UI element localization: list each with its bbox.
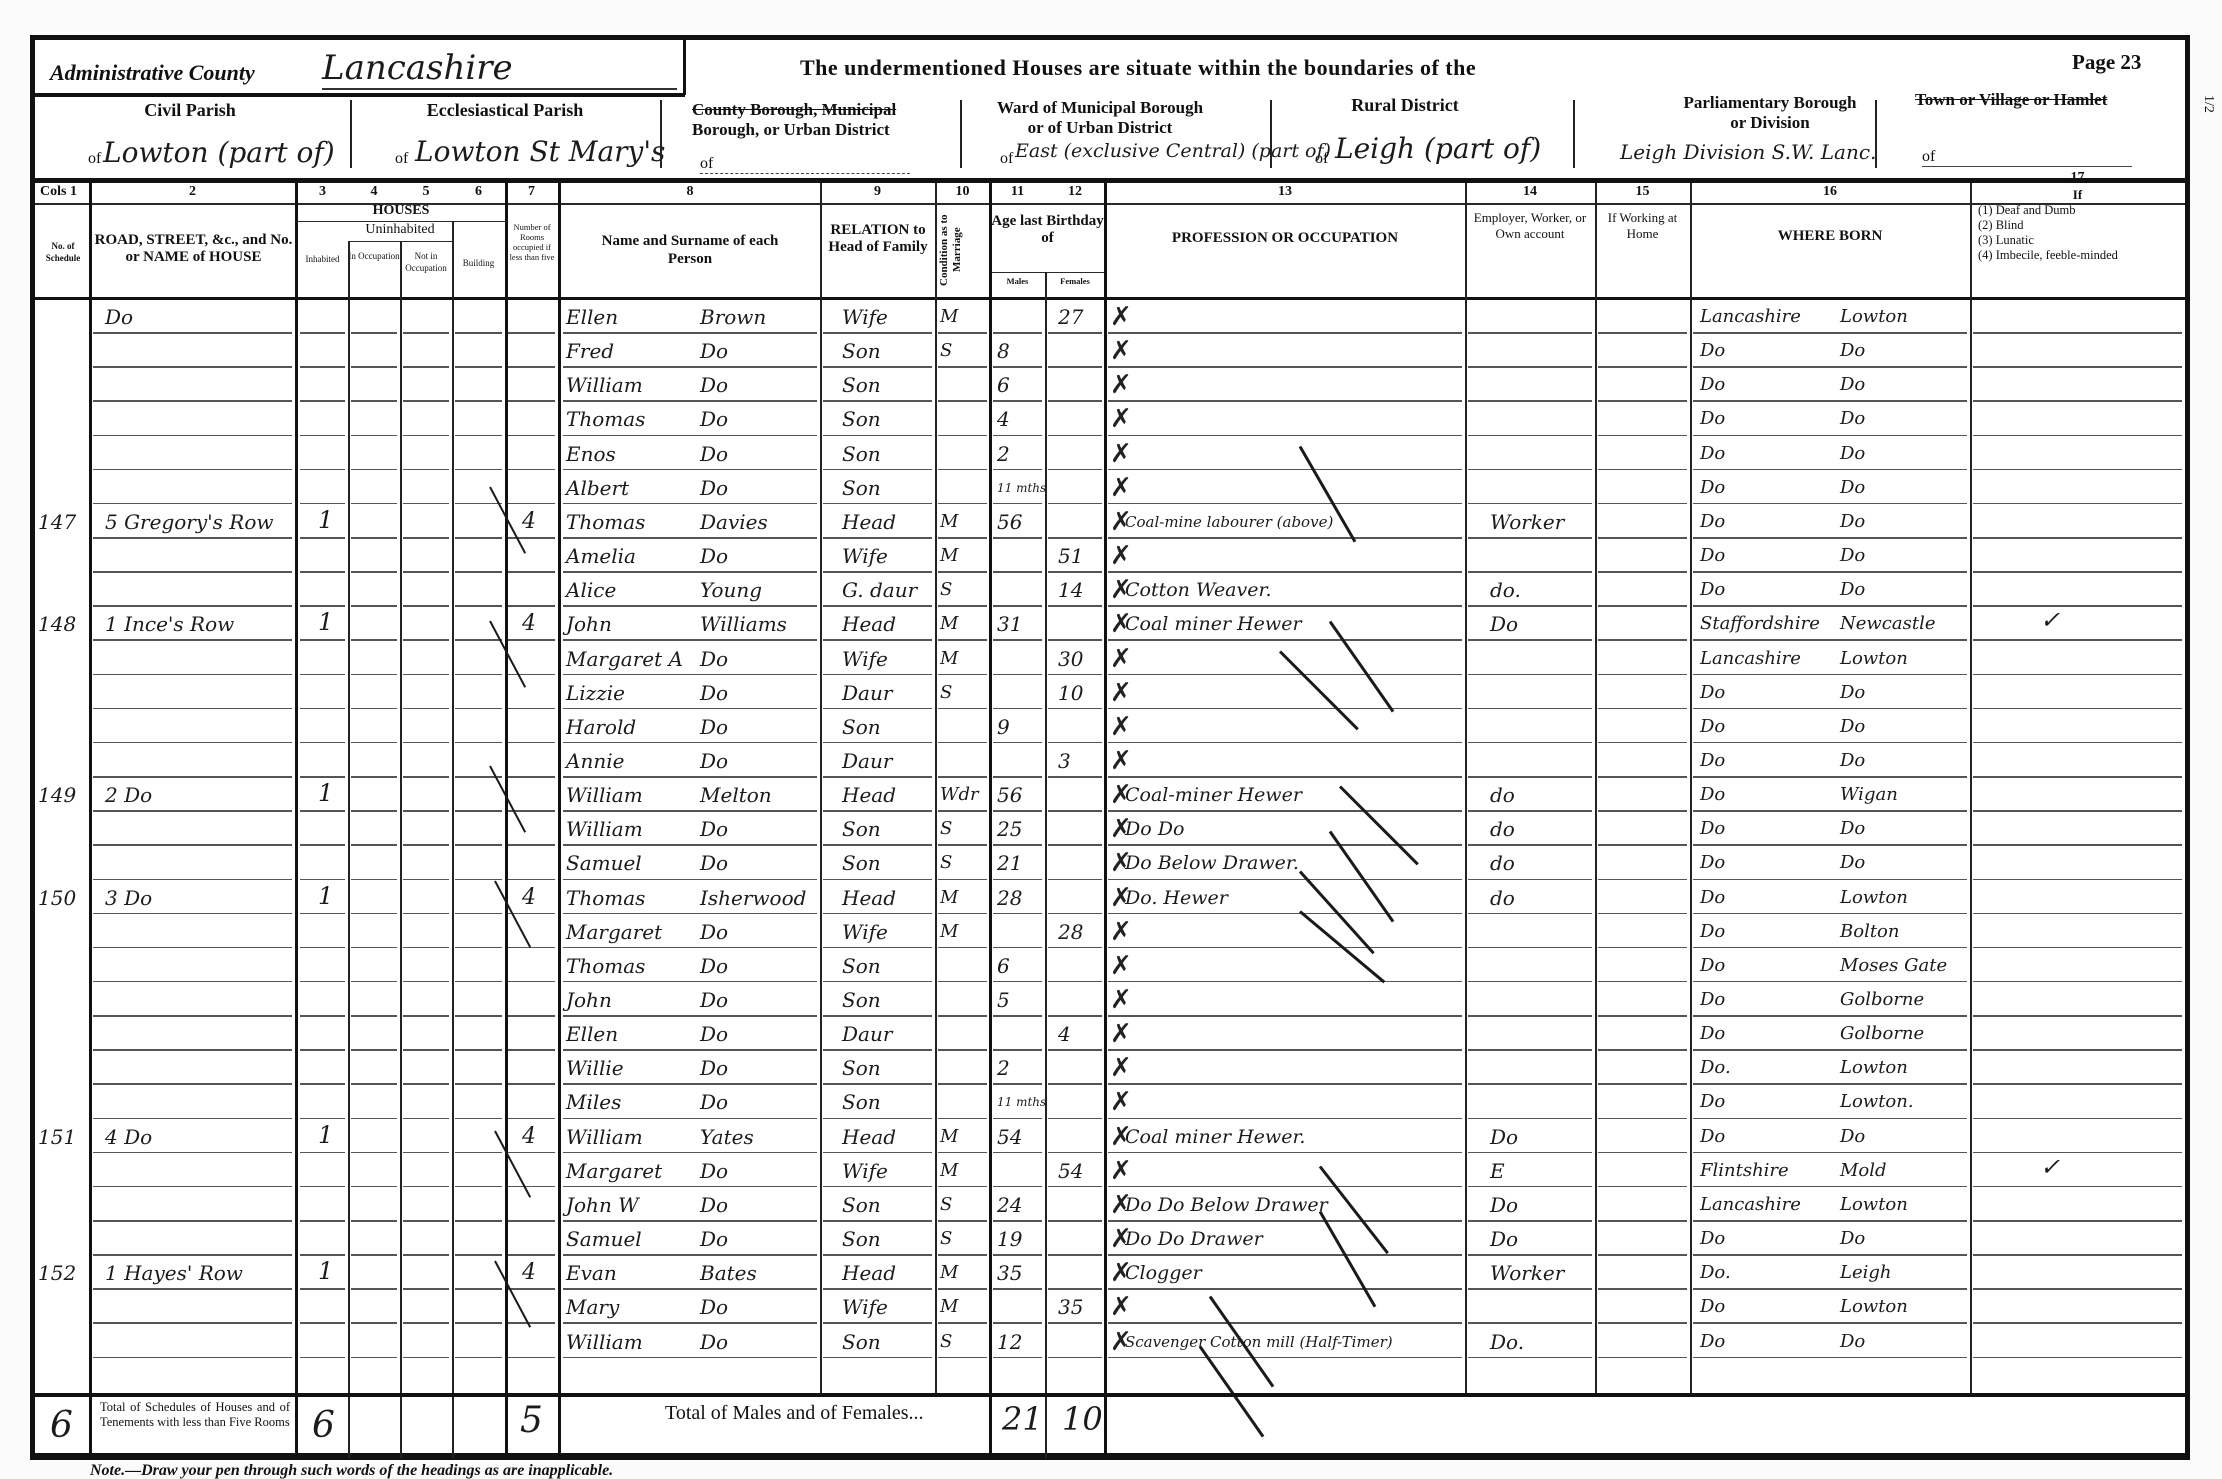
infirmity-option-1: (1) Deaf and Dumb [1978, 203, 2118, 218]
male-age: 54 [997, 1126, 1022, 1148]
birth-place: Lowton [1840, 1296, 1908, 1318]
first-name: Margaret A [566, 648, 683, 670]
female-age: 51 [1058, 545, 1083, 567]
col-number: 10 [935, 184, 990, 200]
male-age: 28 [997, 887, 1022, 909]
heading-working-home: If Working at Home [1600, 210, 1685, 242]
enumerator-cross-mark: ✗ [1110, 885, 1132, 911]
female-age: 35 [1058, 1296, 1083, 1318]
relation: Son [842, 955, 881, 977]
rooms-count: 4 [522, 887, 536, 909]
enumerator-cross-mark: ✗ [1110, 441, 1132, 467]
surname: Brown [700, 306, 766, 328]
of-prefix: of [1000, 150, 1013, 168]
birth-county: Flintshire [1700, 1160, 1789, 1182]
col-number: 11 [990, 184, 1045, 200]
surname: Yates [700, 1126, 754, 1148]
male-age: 56 [997, 784, 1022, 806]
footnote: Note.—Draw your pen through such words o… [90, 1462, 613, 1479]
birth-county: Do [1700, 545, 1725, 567]
birth-place: Do [1840, 716, 1865, 738]
ward-label-line1: Ward of Municipal Borough [997, 98, 1203, 117]
rural-district-value: Leigh (part of) [1335, 132, 1541, 165]
occupation: Do Do Below Drawer [1125, 1194, 1328, 1216]
surname: Do [700, 852, 728, 874]
heading-houses: HOUSES [297, 203, 505, 219]
first-name: William [566, 374, 643, 396]
employer-status: E [1490, 1160, 1505, 1182]
of-prefix: of [395, 150, 408, 168]
first-name: Margaret [566, 921, 662, 943]
row-rule [1693, 1357, 1967, 1359]
schedule-number: 150 [38, 887, 76, 909]
relation: Son [842, 1228, 881, 1250]
surname: Do [700, 750, 728, 772]
heading-age: Age last Birthday of [990, 213, 1105, 247]
male-age: 5 [997, 989, 1010, 1011]
boundaries-text: The undermentioned Houses are situate wi… [800, 55, 1476, 81]
relation: Son [842, 989, 881, 1011]
table-row: DoEllenBrownWifeM27LancashireLowton✗ [0, 300, 2222, 334]
of-prefix: of [700, 155, 910, 174]
first-name: Ellen [566, 306, 618, 328]
relation: Daur [842, 750, 892, 772]
divider [350, 100, 352, 168]
table-row: 1503 Do14ThomasIsherwoodHeadM28Do. Hewer… [0, 881, 2222, 915]
birth-county: Do [1700, 579, 1725, 601]
condition: Wdr [940, 784, 979, 806]
col-number: 16 [1690, 184, 1970, 200]
inhabited-count: 1 [318, 1124, 333, 1146]
infirmity-option-4: (4) Imbecile, feeble-minded [1978, 248, 2118, 263]
birth-county: Do [1700, 750, 1725, 772]
first-name: Mary [566, 1296, 619, 1318]
divider [1573, 100, 1575, 168]
row-rule [403, 1357, 449, 1359]
col-number: 5 [400, 184, 452, 200]
first-name: Harold [566, 716, 636, 738]
birth-county: Staffordshire [1700, 613, 1820, 635]
enumerator-cross-mark: ✗ [1110, 543, 1132, 569]
enumerator-cross-mark: ✗ [1110, 748, 1132, 774]
col-number: 4 [348, 184, 400, 200]
birth-county: Do [1700, 477, 1725, 499]
enumerator-cross-mark: ✗ [1110, 1158, 1132, 1184]
occupation: Coal-miner Hewer [1125, 784, 1302, 806]
birth-place: Lowton [1840, 648, 1908, 670]
divider [660, 100, 662, 168]
birth-place: Do [1840, 818, 1865, 840]
schedule-number: 149 [38, 784, 76, 806]
birth-place: Mold [1840, 1160, 1887, 1182]
road-address: Do [105, 306, 133, 328]
enumerator-cross-mark: ✗ [1110, 406, 1132, 432]
rooms-count: 4 [522, 1126, 536, 1148]
relation: Wife [842, 545, 888, 567]
birth-county: Do [1700, 443, 1725, 465]
occupation: Do. Hewer [1125, 887, 1228, 909]
male-age: 56 [997, 511, 1022, 533]
col-number: 6 [452, 184, 505, 200]
condition: M [940, 921, 958, 943]
enumerator-cross-mark: ✗ [1110, 714, 1132, 740]
table-row: ThomasDoSon6DoMoses Gate✗ [0, 949, 2222, 983]
enumerator-cross-mark: ✗ [1110, 509, 1132, 535]
heading-inhabited: Inhabited [297, 253, 348, 265]
road-address: 1 Hayes' Row [105, 1262, 243, 1284]
first-name: Thomas [566, 408, 645, 430]
first-name: William [566, 1331, 643, 1353]
surname: Do [700, 1023, 728, 1045]
female-age: 28 [1058, 921, 1083, 943]
occupation: Coal-mine labourer (above) [1125, 511, 1333, 533]
heading-males: Males [990, 276, 1045, 286]
row-rule [823, 1357, 932, 1359]
condition: S [940, 1331, 952, 1353]
birth-place: Golborne [1840, 989, 1924, 1011]
first-name: Fred [566, 340, 614, 362]
heading-females: Females [1045, 276, 1105, 286]
occupation: Do Do [1125, 818, 1184, 840]
relation: Head [842, 1262, 896, 1284]
condition: M [940, 545, 958, 567]
surname: Williams [700, 613, 787, 635]
totals-rule [35, 1393, 2185, 1397]
relation: Head [842, 613, 896, 635]
total-schedules: 6 [50, 1405, 73, 1446]
row-rule [1468, 1357, 1592, 1359]
road-address: 3 Do [105, 887, 152, 909]
condition: S [940, 852, 952, 874]
enumerator-cross-mark: ✗ [1110, 953, 1132, 979]
relation: Son [842, 443, 881, 465]
divider [35, 93, 685, 97]
relation: Son [842, 374, 881, 396]
heading-occupation: PROFESSION OR OCCUPATION [1105, 230, 1465, 247]
birth-place: Do [1840, 374, 1865, 396]
condition: M [940, 511, 958, 533]
col-number: 9 [820, 184, 935, 200]
enumerator-cross-mark: ✗ [1110, 850, 1132, 876]
first-name: Evan [566, 1262, 617, 1284]
heading-infirmity: (1) Deaf and Dumb (2) Blind (3) Lunatic … [1978, 203, 2118, 263]
relation: Son [842, 340, 881, 362]
row-rule [455, 1357, 502, 1359]
birth-place: Lowton [1840, 306, 1908, 328]
row-rule [1108, 1357, 1462, 1359]
male-age: 11 mths [997, 477, 1046, 499]
birth-place: Do [1840, 340, 1865, 362]
enumerator-cross-mark: ✗ [1110, 1192, 1132, 1218]
row-rule [993, 1357, 1042, 1359]
col-number: 2 [90, 184, 295, 200]
male-age: 19 [997, 1228, 1022, 1250]
male-age: 8 [997, 340, 1010, 362]
col-number: 8 [560, 184, 820, 200]
occupation: Coal miner Hewer [1125, 613, 1302, 635]
row-rule [563, 1357, 817, 1359]
first-name: Enos [566, 443, 616, 465]
enumerator-cross-mark: ✗ [1110, 987, 1132, 1013]
row-rule [508, 1357, 555, 1359]
road-address: 1 Ince's Row [105, 613, 234, 635]
enumerator-cross-mark: ✗ [1110, 816, 1132, 842]
road-address: 2 Do [105, 784, 152, 806]
table-row: Margaret ADoWifeM30LancashireLowton✗ [0, 642, 2222, 676]
table-row: AlbertDoSon11 mthsDoDo✗ [0, 471, 2222, 505]
birth-county: Do [1700, 1228, 1725, 1250]
table-row: AmeliaDoWifeM51DoDo✗ [0, 539, 2222, 573]
first-name: Margaret [566, 1160, 662, 1182]
employer-status: do. [1490, 579, 1521, 601]
civil-parish-label: Civil Parish [40, 100, 340, 121]
table-row: JohnDoSon5DoGolborne✗ [0, 983, 2222, 1017]
birth-county: Do. [1700, 1262, 1731, 1284]
col-number: 3 [297, 184, 348, 200]
surname: Do [700, 1194, 728, 1216]
employer-status: Do. [1490, 1331, 1524, 1353]
male-age: 21 [997, 852, 1022, 874]
heading-road: ROAD, STREET, &c., and No. or NAME of HO… [92, 232, 295, 266]
first-name: John W [566, 1194, 639, 1216]
birth-county: Lancashire [1700, 648, 1801, 670]
table-row: ThomasDoSon4DoDo✗ [0, 402, 2222, 436]
birth-county: Do [1700, 716, 1725, 738]
enumerator-cross-mark: ✗ [1110, 1124, 1132, 1150]
birth-place: Lowton [1840, 1057, 1908, 1079]
birth-place: Do [1840, 579, 1865, 601]
inhabited-count: 1 [318, 885, 333, 907]
inhabited-count: 1 [318, 1260, 333, 1282]
col-number: 17 [1970, 170, 2185, 186]
total-inhabited: 6 [312, 1405, 335, 1446]
town-label: Town or Village or Hamlet [1915, 90, 2107, 110]
employer-status: do [1490, 852, 1515, 874]
birth-county: Do [1700, 852, 1725, 874]
table-row: 1514 Do14WilliamYatesHeadM54Coal miner H… [0, 1120, 2222, 1154]
male-age: 9 [997, 716, 1010, 738]
occupation: Clogger [1125, 1262, 1202, 1284]
male-age: 11 mths [997, 1091, 1046, 1113]
birth-place: Do [1840, 750, 1865, 772]
condition: M [940, 1126, 958, 1148]
birth-place: Do [1840, 477, 1865, 499]
enumerator-cross-mark: ✗ [1110, 782, 1132, 808]
of-prefix: of [88, 150, 101, 168]
birth-place: Do [1840, 852, 1865, 874]
divider [1875, 100, 1877, 168]
enumerator-cross-mark: ✗ [1110, 1021, 1132, 1047]
male-age: 6 [997, 374, 1010, 396]
table-row: MilesDoSon11 mthsDoLowton.✗ [0, 1085, 2222, 1119]
birth-place: Newcastle [1840, 613, 1936, 635]
table-row: LizzieDoDaurS10DoDo✗ [0, 676, 2222, 710]
relation: Son [842, 1194, 881, 1216]
heading-building: Building [452, 257, 505, 269]
enumerator-cross-mark: ✗ [1110, 611, 1132, 637]
condition: M [940, 306, 958, 328]
first-name: William [566, 784, 643, 806]
female-age: 54 [1058, 1160, 1083, 1182]
enumerator-cross-mark: ✗ [1110, 919, 1132, 945]
col-number: 7 [505, 184, 558, 200]
condition: M [940, 1296, 958, 1318]
total-females: 10 [1062, 1400, 1103, 1438]
schedule-number: 147 [38, 511, 76, 533]
relation: Son [842, 852, 881, 874]
parl-borough-label: Parliamentary Boroughor Division [1590, 93, 1950, 133]
enumerator-cross-mark: ✗ [1110, 475, 1132, 501]
admin-county-label: Administrative County [50, 60, 255, 86]
employer-status: do [1490, 818, 1515, 840]
female-age: 27 [1058, 306, 1083, 328]
birth-county: Do [1700, 1126, 1725, 1148]
condition: M [940, 613, 958, 635]
enumerator-cross-mark: ✗ [1110, 338, 1132, 364]
birth-place: Bolton [1840, 921, 1899, 943]
county-borough-label-2: Borough, or Urban District [692, 120, 890, 140]
of-prefix: of [1922, 148, 2132, 167]
enumerator-cross-mark: ✗ [1110, 646, 1132, 672]
enumerator-cross-mark: ✗ [1110, 1055, 1132, 1081]
table-row: MargaretDoWifeM28DoBolton✗ [0, 915, 2222, 949]
table-row: MargaretDoWifeM54EFlintshireMold✓✗ [0, 1154, 2222, 1188]
heading-in-occupation: In Occupation [348, 250, 400, 262]
heading-name: Name and Surname of each Person [580, 232, 800, 268]
surname: Do [700, 545, 728, 567]
heading-relation: RELATION to Head of Family [822, 222, 934, 256]
row-rule [351, 1357, 397, 1359]
male-age: 12 [997, 1331, 1022, 1353]
birth-county: Do [1700, 818, 1725, 840]
relation: Son [842, 1091, 881, 1113]
male-age: 31 [997, 613, 1022, 635]
totals-label: Total of Schedules of Houses and of Tene… [100, 1400, 290, 1430]
first-name: Annie [566, 750, 624, 772]
birth-county: Do [1700, 682, 1725, 704]
birth-place: Lowton. [1840, 1091, 1914, 1113]
female-age: 3 [1058, 750, 1071, 772]
schedule-number: 151 [38, 1126, 76, 1148]
occupation: Do Below Drawer. [1125, 852, 1299, 874]
birth-place: Do [1840, 1228, 1865, 1250]
surname: Isherwood [700, 887, 806, 909]
surname: Do [700, 443, 728, 465]
birth-county: Do. [1700, 1057, 1731, 1079]
employer-status: do [1490, 784, 1515, 806]
side-mark: 1/2 [2200, 95, 2216, 113]
birth-place: Moses Gate [1840, 955, 1947, 977]
eccl-parish-label: Ecclesiastical Parish [355, 100, 655, 121]
parl-borough-value: Leigh Division S.W. Lanc. [1620, 140, 1876, 164]
of-prefix: of [1315, 150, 1328, 168]
enumerator-cross-mark: ✗ [1110, 680, 1132, 706]
header-rule [35, 178, 2185, 183]
heading-rooms: Number of Rooms occupied if less than fi… [506, 222, 558, 262]
relation: Head [842, 511, 896, 533]
first-name: Amelia [566, 545, 636, 567]
table-row: MaryDoWifeM35DoLowton✗ [0, 1290, 2222, 1324]
surname: Do [700, 477, 728, 499]
surname: Do [700, 818, 728, 840]
birth-place: Do [1840, 408, 1865, 430]
surname: Do [700, 1331, 728, 1353]
occupation: Do Do Drawer [1125, 1228, 1263, 1250]
eccl-parish-value: Lowton St Mary's [415, 135, 665, 168]
first-name: Thomas [566, 887, 645, 909]
total-males: 21 [1002, 1400, 1043, 1438]
table-row: John WDoSonS24Do Do Below DrawerDoLancas… [0, 1188, 2222, 1222]
enumerator-cross-mark: ✗ [1110, 577, 1132, 603]
divider [1270, 100, 1272, 168]
table-row: 1475 Gregory's Row14ThomasDaviesHeadM56C… [0, 505, 2222, 539]
first-name: Miles [566, 1091, 621, 1113]
first-name: Ellen [566, 1023, 618, 1045]
birth-county: Do [1700, 374, 1725, 396]
county-borough-label: County Borough, Municipal [692, 100, 896, 120]
birth-county: Do [1700, 989, 1725, 1011]
relation: Son [842, 1331, 881, 1353]
enumerator-cross-mark: ✗ [1110, 1226, 1132, 1252]
surname: Do [700, 648, 728, 670]
employer-status: Do [1490, 1194, 1518, 1216]
employer-status: Do [1490, 1126, 1518, 1148]
ward-label: Ward of Municipal Boroughor of Urban Dis… [960, 98, 1240, 138]
birth-county: Do [1700, 921, 1725, 943]
birth-place: Lowton [1840, 1194, 1908, 1216]
heading-condition: Condition as to Marriage [938, 205, 988, 295]
birth-county: Do [1700, 1023, 1725, 1045]
female-age: 10 [1058, 682, 1083, 704]
road-address: 5 Gregory's Row [105, 511, 274, 533]
relation: Son [842, 408, 881, 430]
surname: Do [700, 374, 728, 396]
birth-county: Do [1700, 955, 1725, 977]
parl-label-line1: Parliamentary Borough [1684, 93, 1857, 112]
birth-county: Lancashire [1700, 306, 1801, 328]
employer-status: do [1490, 887, 1515, 909]
surname: Melton [700, 784, 772, 806]
first-name: Alice [566, 579, 616, 601]
rural-district-label: Rural District [1280, 95, 1530, 116]
enumerator-cross-mark: ✗ [1110, 1260, 1132, 1286]
civil-parish-value: Lowton (part of) [103, 136, 335, 169]
birth-place: Leigh [1840, 1262, 1891, 1284]
employer-status: Do [1490, 1228, 1518, 1250]
first-name: John [566, 613, 612, 635]
col-number: 15 [1595, 184, 1690, 200]
total-males-females-label: Total of Males and of Females... [665, 1402, 924, 1425]
row-rule [1048, 1357, 1102, 1359]
male-age: 6 [997, 955, 1010, 977]
relation: Son [842, 818, 881, 840]
occupation: Scavenger Cotton mill (Half-Timer) [1125, 1331, 1393, 1353]
table-row: 1492 Do1WilliamMeltonHeadWdr56Coal-miner… [0, 778, 2222, 812]
heading-where-born: WHERE BORN [1690, 228, 1970, 245]
enumerator-cross-mark: ✗ [1110, 1294, 1132, 1320]
birth-county: Do [1700, 408, 1725, 430]
table-row: EllenDoDaur4DoGolborne✗ [0, 1017, 2222, 1051]
birth-place: Do [1840, 1126, 1865, 1148]
relation: Wife [842, 921, 888, 943]
enumerator-cross-mark: ✗ [1110, 1089, 1132, 1115]
first-name: Willie [566, 1057, 624, 1079]
table-row: WillieDoSon2Do.Lowton✗ [0, 1051, 2222, 1085]
table-row: HaroldDoSon9DoDo✗ [0, 710, 2222, 744]
row-rule [300, 1357, 345, 1359]
birth-county: Do [1700, 887, 1725, 909]
relation: Wife [842, 1160, 888, 1182]
